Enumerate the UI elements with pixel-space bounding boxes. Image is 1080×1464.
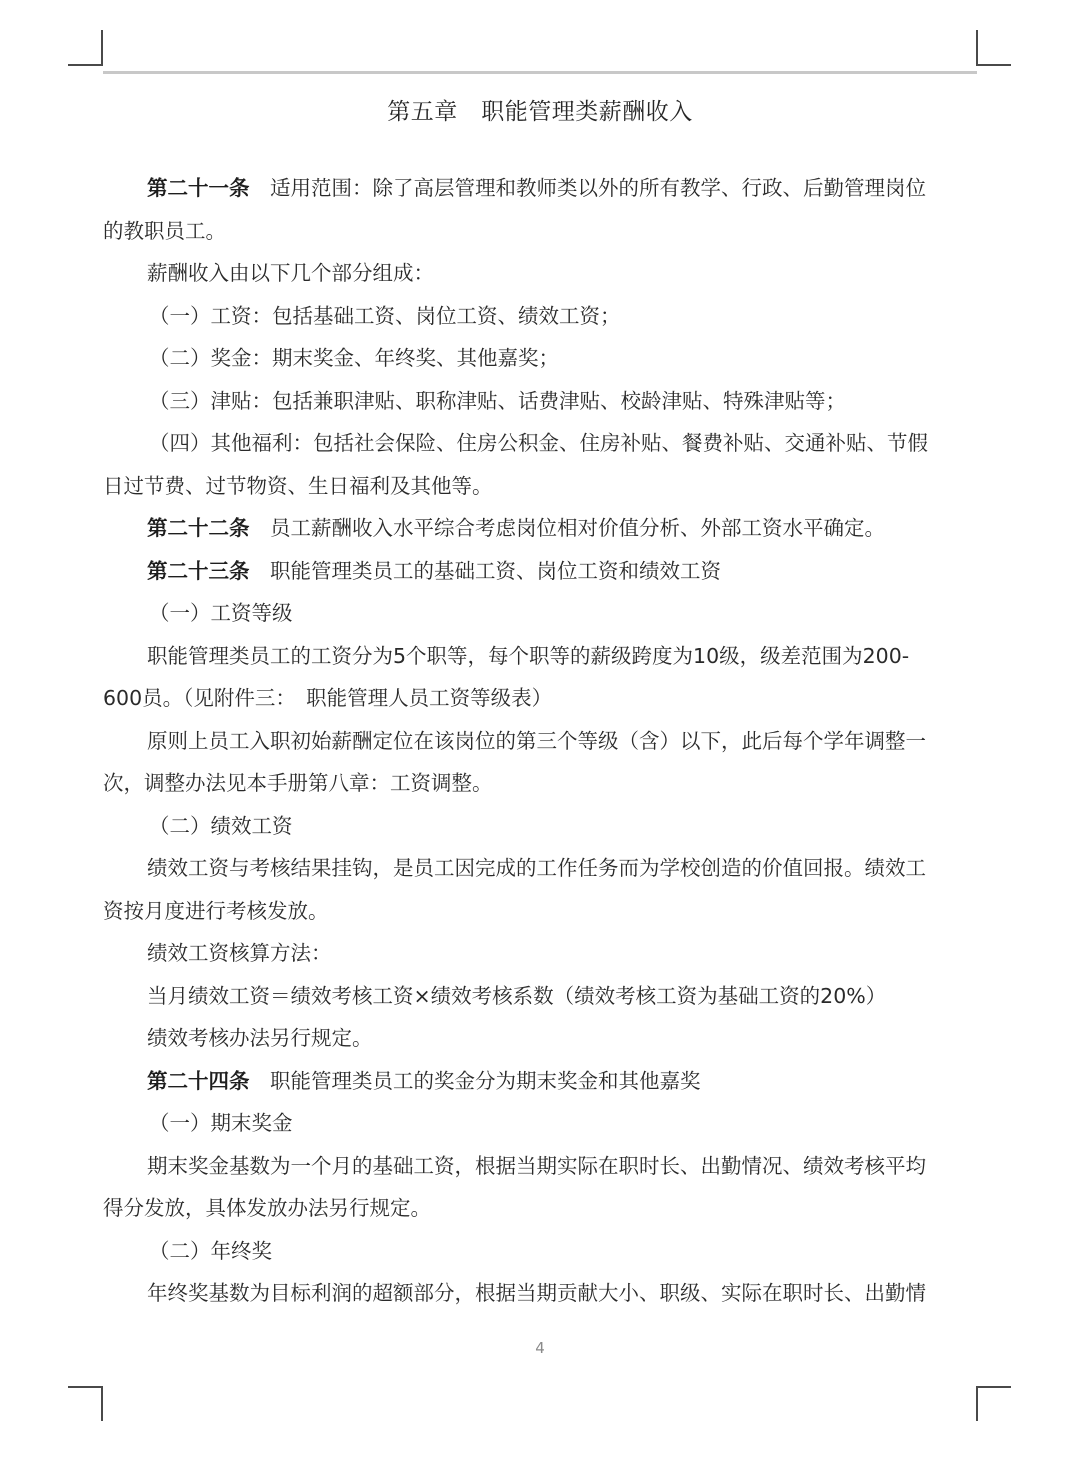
paragraph-continuation: 的教职员工。	[103, 210, 979, 253]
crop-mark-bottom-left-horizontal	[68, 1386, 103, 1388]
article-text: 适用范围：除了高层管理和教师类以外的所有教学、行政、后勤管理岗位	[250, 176, 927, 200]
paragraph-continuation: 次，调整办法见本手册第八章：工资调整。	[103, 762, 979, 805]
paragraph: 薪酬收入由以下几个部分组成：	[103, 252, 979, 295]
article-label: 第二十二条	[147, 516, 250, 540]
subheading-term-bonus: （一）期末奖金	[103, 1102, 979, 1145]
list-item-allowance: （三）津贴：包括兼职津贴、职称津贴、话费津贴、校龄津贴、特殊津贴等；	[103, 380, 979, 423]
paragraph-continuation: 资按月度进行考核发放。	[103, 890, 979, 933]
crop-mark-top-right-vertical	[976, 30, 978, 66]
paragraph: 绩效工资与考核结果挂钩，是员工因完成的工作任务而为学校创造的价值回报。绩效工	[103, 847, 979, 890]
article-label: 第二十四条	[147, 1069, 250, 1093]
article-text: 职能管理类员工的奖金分为期末奖金和其他嘉奖	[250, 1069, 701, 1093]
list-item-wages: （一）工资：包括基础工资、岗位工资、绩效工资；	[103, 295, 979, 338]
crop-mark-bottom-right-vertical	[976, 1386, 978, 1421]
list-item-other-benefits: （四）其他福利：包括社会保险、住房公积金、住房补贴、餐费补贴、交通补贴、节假	[103, 422, 979, 465]
article-label: 第二十三条	[147, 559, 250, 583]
article-22: 第二十二条 员工薪酬收入水平综合考虑岗位相对价值分析、外部工资水平确定。	[103, 507, 979, 550]
article-24: 第二十四条 职能管理类员工的奖金分为期末奖金和其他嘉奖	[103, 1060, 979, 1103]
article-text: 员工薪酬收入水平综合考虑岗位相对价值分析、外部工资水平确定。	[250, 516, 886, 540]
paragraph-continuation: 600员。（见附件三： 职能管理人员工资等级表）	[103, 677, 979, 720]
crop-mark-top-left-horizontal	[68, 64, 103, 66]
paragraph: 绩效考核办法另行规定。	[103, 1017, 979, 1060]
formula-paragraph: 当月绩效工资＝绩效考核工资×绩效考核系数（绩效考核工资为基础工资的20%）	[103, 975, 979, 1018]
crop-mark-bottom-left-vertical	[101, 1386, 103, 1421]
subheading-year-end-bonus: （二）年终奖	[103, 1230, 979, 1273]
crop-mark-bottom-right-horizontal	[976, 1386, 1011, 1388]
paragraph-continuation: 得分发放，具体发放办法另行规定。	[103, 1187, 979, 1230]
chapter-title: 第五章 职能管理类薪酬收入	[0, 93, 1080, 126]
article-label: 第二十一条	[147, 176, 250, 200]
page-number: 4	[0, 1339, 1080, 1357]
crop-mark-top-left-vertical	[101, 30, 103, 66]
subheading-wage-grades: （一）工资等级	[103, 592, 979, 635]
header-rule	[103, 71, 977, 74]
article-23: 第二十三条 职能管理类员工的基础工资、岗位工资和绩效工资	[103, 550, 979, 593]
subheading-performance-pay: （二）绩效工资	[103, 805, 979, 848]
paragraph: 年终奖基数为目标利润的超额部分，根据当期贡献大小、职级、实际在职时长、出勤情	[103, 1272, 979, 1315]
article-text: 职能管理类员工的基础工资、岗位工资和绩效工资	[250, 559, 722, 583]
paragraph: 期末奖金基数为一个月的基础工资，根据当期实际在职时长、出勤情况、绩效考核平均	[103, 1145, 979, 1188]
paragraph: 绩效工资核算方法：	[103, 932, 979, 975]
crop-mark-top-right-horizontal	[976, 64, 1011, 66]
article-21: 第二十一条 适用范围：除了高层管理和教师类以外的所有教学、行政、后勤管理岗位	[103, 167, 979, 210]
paragraph: 职能管理类员工的工资分为5个职等，每个职等的薪级跨度为10级，级差范围为200-	[103, 635, 979, 678]
paragraph: 原则上员工入职初始薪酬定位在该岗位的第三个等级（含）以下，此后每个学年调整一	[103, 720, 979, 763]
paragraph-continuation: 日过节费、过节物资、生日福利及其他等。	[103, 465, 979, 508]
list-item-bonus: （二）奖金：期末奖金、年终奖、其他嘉奖；	[103, 337, 979, 380]
document-body: 第二十一条 适用范围：除了高层管理和教师类以外的所有教学、行政、后勤管理岗位 的…	[103, 167, 979, 1315]
